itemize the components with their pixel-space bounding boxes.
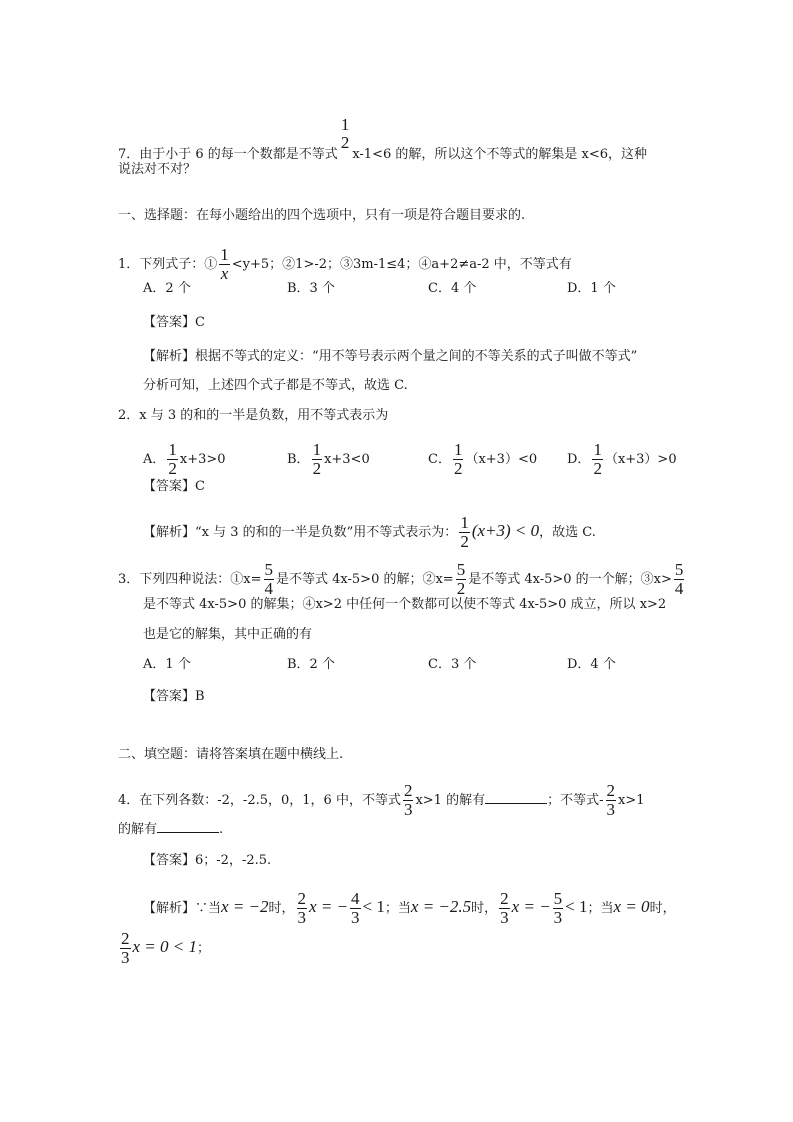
q1-option-a: A．2 个 <box>143 281 191 297</box>
q3-answer: 【答案】B <box>143 689 205 705</box>
q2-analysis: 【解析】“x 与 3 的和的一半是负数”用不等式表示为：12(x+3) < 0，… <box>143 514 596 551</box>
q2-stem: 2．x 与 3 的和的一半是负数，用不等式表示为 <box>118 408 388 424</box>
q4-stem-line2: 的解有. <box>118 820 223 838</box>
q3-option-d: D．4 个 <box>567 657 616 673</box>
q1-stem: 1．下列式子：①1x<y+5；②1>-2；③3m-1≤4；④a+2≠a-2 中，… <box>118 246 572 283</box>
section2-heading: 二、填空题：请将答案填在题中横线上. <box>118 747 343 763</box>
q7-line2: 说法对不对？ <box>118 162 196 178</box>
q4-analysis-line1: 【解析】∵当x = −2时，23x = −43< 1；当x = −2.5时，23… <box>143 890 676 927</box>
answer-blank-1[interactable] <box>485 791 547 804</box>
q1-option-b: B．3 个 <box>287 281 335 297</box>
q7-prefix: 7．由于小于 6 的每一个数都是不等式 <box>118 147 338 162</box>
q3-stem-line3: 也是它的解集，其中正确的有 <box>143 627 312 643</box>
q3-option-c: C．3 个 <box>428 657 476 673</box>
section1-heading: 一、选择题：在每小题给出的四个选项中，只有一项是符合题目要求的. <box>118 208 525 224</box>
q7-suffix: x-1<6 的解，所以这个不等式的解集是 x<6，这种 <box>352 147 647 162</box>
q1-option-c: C．4 个 <box>428 281 476 297</box>
q1-option-d: D．1 个 <box>567 281 616 297</box>
q3-stem-line1: 3．下列四种说法：①x=54是不等式 4x-5>0 的解；②x=52是不等式 4… <box>118 561 686 598</box>
q2-option-b: B．12x+3<0 <box>287 441 370 478</box>
q2-option-c: C．12（x+3）<0 <box>428 441 537 478</box>
q2-answer: 【答案】C <box>143 479 205 495</box>
q4-answer: 【答案】6；-2，-2.5. <box>143 853 271 869</box>
q3-stem-line2: 是不等式 4x-5>0 的解集；④x>2 中任何一个数都可以使不等式 4x-5>… <box>143 597 666 613</box>
answer-blank-2[interactable] <box>157 820 219 833</box>
q4-analysis-line2: 23x = 0 < 1； <box>118 930 210 967</box>
q1-answer: 【答案】C <box>143 315 205 331</box>
q7-line1: 7．由于小于 6 的每一个数都是不等式12x-1<6 的解，所以这个不等式的解集… <box>118 126 647 163</box>
q2-option-a: A．12x+3>0 <box>143 441 226 478</box>
q1-analysis-line2: 分析可知，上述四个式子都是不等式，故选 C. <box>143 378 408 394</box>
q3-option-a: A．1 个 <box>143 657 191 673</box>
fraction: 12 <box>340 116 351 152</box>
q2-option-d: D．12（x+3）>0 <box>567 441 677 478</box>
q1-analysis-line1: 【解析】根据不等式的定义：“用不等号表示两个量之间的不等关系的式子叫做不等式” <box>143 349 637 365</box>
q4-stem-line1: 4．在下列各数：-2，-2.5，0，1，6 中，不等式23x>1 的解有；不等式… <box>118 782 645 819</box>
fraction: 1x <box>219 246 230 283</box>
q3-option-b: B．2 个 <box>287 657 335 673</box>
